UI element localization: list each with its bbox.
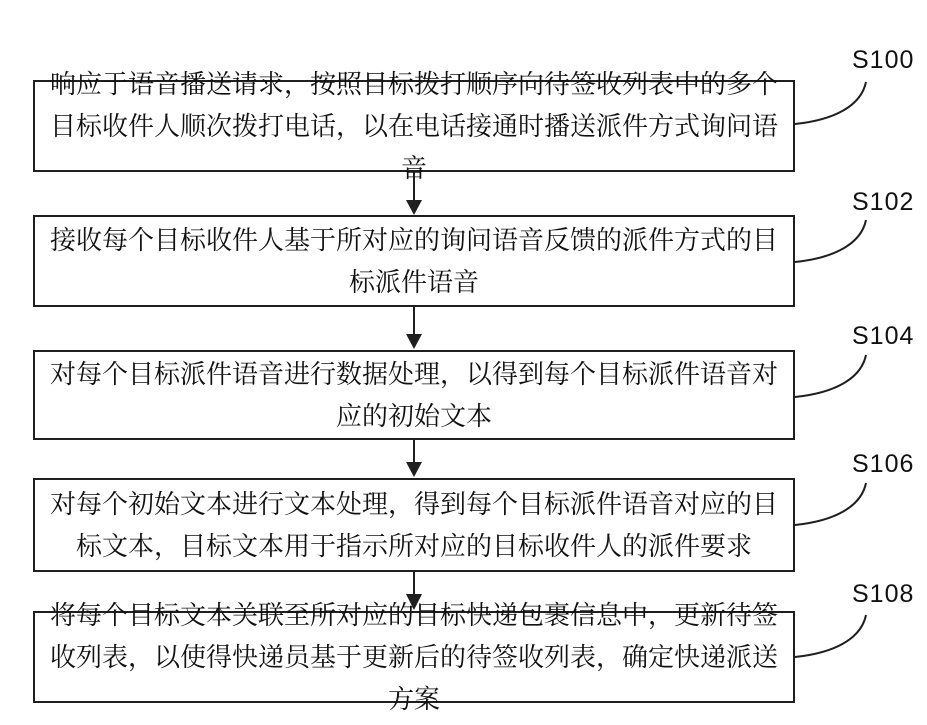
flow-step-s100: 响应于语音播送请求，按照目标拨打顺序向待签收列表中的多个目标收件人顺次拨打电话，… <box>33 80 795 172</box>
step-label-s104: S104 <box>852 322 922 351</box>
flow-step-s104-text: 对每个目标派件语音进行数据处理，以得到每个目标派件语音对应的初始文本 <box>43 353 785 437</box>
callout-curve-3 <box>795 355 866 397</box>
step-label-s108: S108 <box>852 580 922 609</box>
step-label-s100: S100 <box>852 46 922 75</box>
callout-curve-5 <box>795 615 866 657</box>
flow-step-s104: 对每个目标派件语音进行数据处理，以得到每个目标派件语音对应的初始文本 <box>33 350 795 440</box>
callout-curve-1 <box>795 82 866 124</box>
step-label-s102: S102 <box>852 188 922 217</box>
arrow-head-3 <box>406 462 422 477</box>
flowchart-figure: 响应于语音播送请求，按照目标拨打顺序向待签收列表中的多个目标收件人顺次拨打电话，… <box>0 0 927 725</box>
callout-curve-4 <box>795 483 866 525</box>
callout-curve-2 <box>795 220 866 262</box>
step-label-s106: S106 <box>852 450 922 479</box>
flow-step-s102-text: 接收每个目标收件人基于所对应的询问语音反馈的派件方式的目标派件语音 <box>43 219 785 303</box>
flow-step-s108-text: 将每个目标文本关联至所对应的目标快递包裹信息中，更新待签收列表，以使得快递员基于… <box>43 594 785 720</box>
flow-step-s108: 将每个目标文本关联至所对应的目标快递包裹信息中，更新待签收列表，以使得快递员基于… <box>33 611 795 703</box>
arrow-head-1 <box>406 200 422 215</box>
flow-step-s106-text: 对每个初始文本进行文本处理，得到每个目标派件语音对应的目标文本，目标文本用于指示… <box>43 483 785 567</box>
flow-step-s102: 接收每个目标收件人基于所对应的询问语音反馈的派件方式的目标派件语音 <box>33 215 795 307</box>
arrow-head-2 <box>406 334 422 349</box>
flow-step-s100-text: 响应于语音播送请求，按照目标拨打顺序向待签收列表中的多个目标收件人顺次拨打电话，… <box>43 63 785 189</box>
flow-step-s106: 对每个初始文本进行文本处理，得到每个目标派件语音对应的目标文本，目标文本用于指示… <box>33 478 795 572</box>
